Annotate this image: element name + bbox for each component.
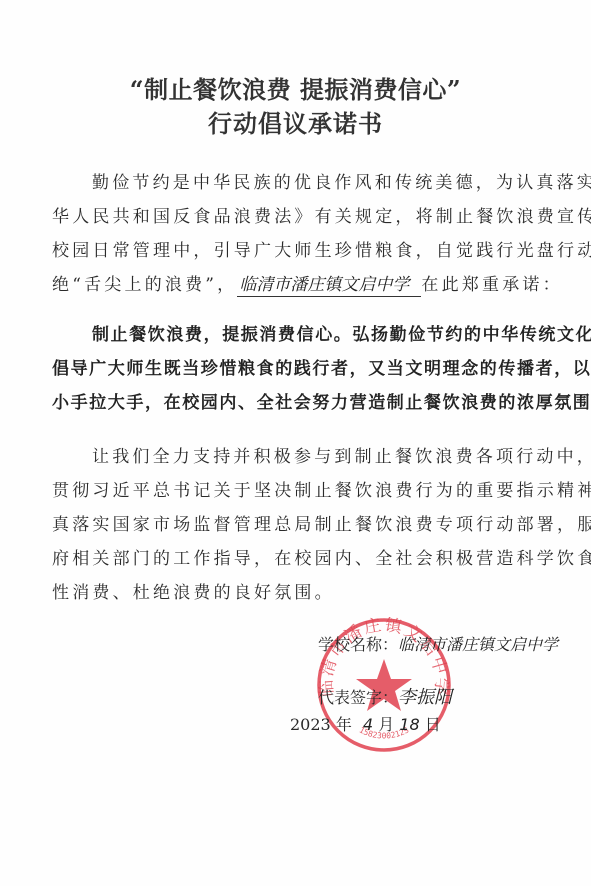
paragraph-line: 小手拉大手，在校园内、全社会努力营造制止餐饮浪费的浓厚氛围。 xyxy=(52,386,544,420)
paragraph-1: 勤俭节约是中华民族的优良作风和传统美德，为认真落实《中 华人民共和国反食品浪费法… xyxy=(52,166,544,302)
paragraph-line: 制止餐饮浪费，提振消费信心。弘扬勤俭节约的中华传统文化， xyxy=(52,318,544,352)
representative-label: 代表签字： xyxy=(318,688,398,707)
date-year-unit: 年 xyxy=(336,715,352,734)
representative-row: 代表签字：李振阳 xyxy=(318,683,452,709)
paragraph-line: 贯彻习近平总书记关于坚决制止餐饮浪费行为的重要指示精神，认 xyxy=(52,474,544,508)
paragraph-line: 真落实国家市场监督管理总局制止餐饮浪费专项行动部署，服从政 xyxy=(52,508,544,542)
school-name-value: 临清市潘庄镇文启中学 xyxy=(398,635,558,654)
date-day-unit: 日 xyxy=(425,715,441,734)
line-suffix: 在此郑重承诺： xyxy=(421,275,562,295)
paragraph-line: 绝“舌尖上的浪费”，临清市潘庄镇文启中学在此郑重承诺： xyxy=(52,268,544,302)
handwritten-school-name: 临清市潘庄镇文启中学 xyxy=(237,274,421,297)
line-prefix: 绝“舌尖上的浪费”， xyxy=(52,275,237,295)
date-row: 2023 年 4 月 18 日 xyxy=(290,712,441,735)
school-name-row: 学校名称：临清市潘庄镇文启中学 xyxy=(318,632,558,655)
paragraph-line: 性消费、杜绝浪费的良好氛围。 xyxy=(52,576,544,610)
document-title-line1: “制止餐饮浪费 提振消费信心” xyxy=(0,70,591,105)
date-month: 4 xyxy=(363,715,373,734)
date-month-unit: 月 xyxy=(378,715,394,734)
paragraph-line: 府相关部门的工作指导，在校园内、全社会积极营造科学饮食、理 xyxy=(52,542,544,576)
representative-signature: 李振阳 xyxy=(398,687,452,708)
paragraph-line: 校园日常管理中，引导广大师生珍惜粮食，自觉践行光盘行动，杜 xyxy=(52,234,544,268)
paragraph-line: 倡导广大师生既当珍惜粮食的践行者，又当文明理念的传播者，以 xyxy=(52,352,544,386)
paragraph-line: 让我们全力支持并积极参与到制止餐饮浪费各项行动中，深入 xyxy=(52,440,544,474)
school-name-label: 学校名称： xyxy=(318,635,398,654)
paragraph-3: 让我们全力支持并积极参与到制止餐饮浪费各项行动中，深入 贯彻习近平总书记关于坚决… xyxy=(52,440,544,610)
date-year: 2023 xyxy=(290,715,331,734)
paragraph-line: 华人民共和国反食品浪费法》有关规定，将制止餐饮浪费宣传融入 xyxy=(52,200,544,234)
date-day: 18 xyxy=(399,715,419,734)
paragraph-line: 勤俭节约是中华民族的优良作风和传统美德，为认真落实《中 xyxy=(52,166,544,200)
document-title-line2: 行动倡议承诺书 xyxy=(0,104,591,139)
paragraph-2: 制止餐饮浪费，提振消费信心。弘扬勤俭节约的中华传统文化， 倡导广大师生既当珍惜粮… xyxy=(52,318,544,420)
